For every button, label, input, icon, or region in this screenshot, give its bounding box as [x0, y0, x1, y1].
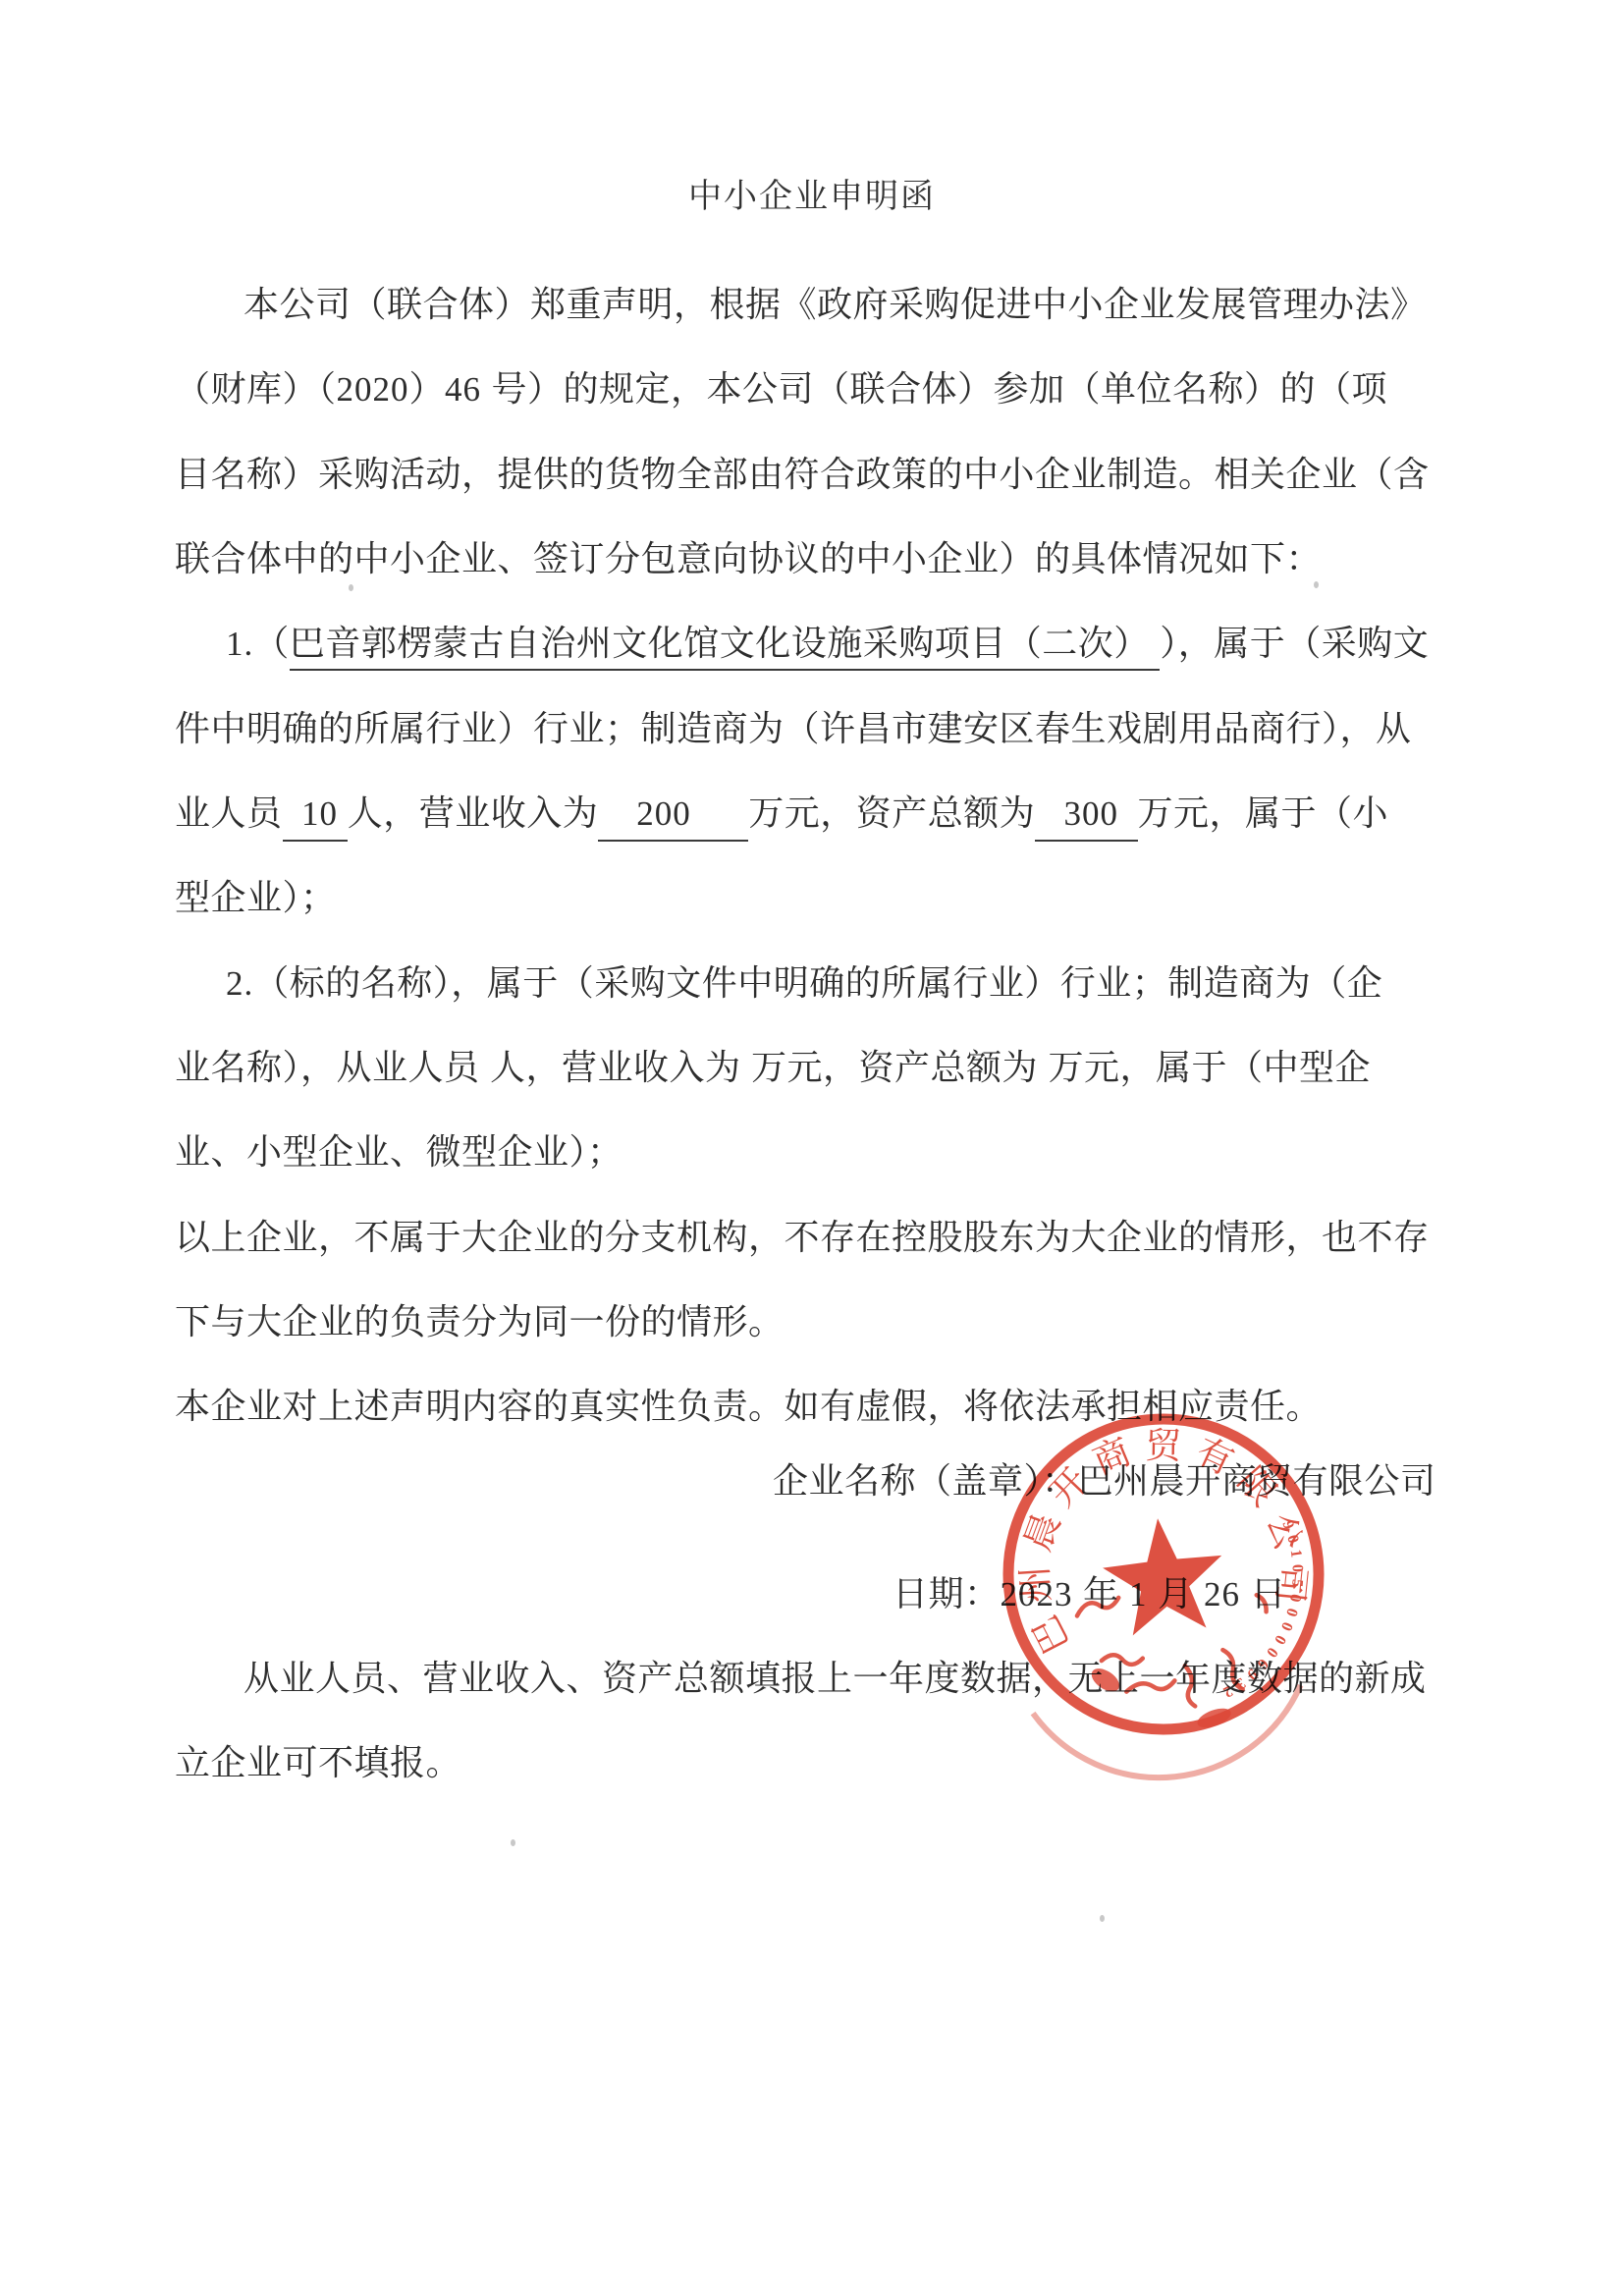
- declaration-line-2: （财库）（2020）46 号）的规定，本公司（联合体）参加（单位名称）的（项: [175, 367, 1387, 411]
- scan-speck: [1100, 1915, 1105, 1922]
- text-segment: 业名称），从业人员 人，营业收入为 万元，资产总额为 万元，属于（中型企: [175, 1046, 1371, 1089]
- stamp-ink-blob: [1088, 1664, 1124, 1696]
- item2-line-1: 2.（标的名称），属于（采购文件中明确的所属行业）行业；制造商为（企: [226, 961, 1382, 1006]
- text-segment: 立企业可不填报。: [175, 1741, 461, 1784]
- text-segment: ），属于（采购文: [1160, 622, 1429, 665]
- assurance-line-1: 以上企业，不属于大企业的分支机构，不存在控股股东为大企业的情形，也不存: [175, 1216, 1430, 1259]
- item2-line-3: 业、小型企业、微型企业）；: [175, 1130, 623, 1174]
- stamp-star-icon: [1098, 1512, 1228, 1638]
- text-segment: 业、小型企业、微型企业）；: [175, 1130, 623, 1174]
- item1-line-4: 型企业）；: [175, 876, 337, 919]
- item2-line-2: 业名称），从业人员 人，营业收入为 万元，资产总额为 万元，属于（中型企: [175, 1046, 1371, 1089]
- scan-speck: [511, 1839, 515, 1846]
- item1-line-2: 件中明确的所属行业）行业；制造商为（许昌市建安区春生戏剧用品商行），从: [175, 707, 1412, 750]
- text-segment: 件中明确的所属行业）行业；制造商为（许昌市建安区春生戏剧用品商行），从: [175, 707, 1412, 750]
- text-segment: 下与大企业的负责分为同一份的情形。: [175, 1300, 785, 1343]
- text-segment: 人，营业收入为: [348, 792, 599, 835]
- filled-blank-value: 巴音郭楞蒙古自治州文化馆文化设施采购项目（二次）: [290, 622, 1161, 671]
- text-segment: 2.: [226, 962, 253, 1006]
- text-segment: （标的名称），属于（采购文件中明确的所属行业）行业；制造商为（企: [253, 961, 1382, 1005]
- scan-speck: [349, 584, 353, 591]
- item1-line-3: 业人员 10 人，营业收入为 200 万元，资产总额为 300 万元，属于（小: [175, 792, 1388, 842]
- filled-blank-value: 10: [283, 793, 348, 842]
- scan-speck: [1314, 581, 1319, 588]
- company-seal-stamp: 巴州晨开商贸有限公司 90105000006932: [967, 1373, 1370, 1805]
- filled-blank-value: 300: [1035, 793, 1137, 842]
- text-segment: 以上企业，不属于大企业的分支机构，不存在控股股东为大企业的情形，也不存: [175, 1216, 1430, 1259]
- text-segment: （: [253, 622, 290, 665]
- filled-blank-value: 200: [598, 793, 748, 842]
- declaration-line-4: 联合体中的中小企业、签订分包意向协议的中小企业）的具体情况如下：: [175, 537, 1322, 580]
- text-segment: 型企业）；: [175, 876, 337, 919]
- document-title: 中小企业申明函: [0, 169, 1624, 217]
- text-segment: 46: [445, 368, 481, 411]
- assurance-line-2: 下与大企业的负责分为同一份的情形。: [175, 1300, 785, 1343]
- text-segment: 号）的规定，本公司（联合体）参加（单位名称）的（项: [481, 367, 1387, 410]
- note-line-2: 立企业可不填报。: [175, 1741, 461, 1784]
- document-page: 中小企业申明函 本公司（联合体）郑重声明，根据《政府采购促进中小企业发展管理办法…: [0, 0, 1624, 2296]
- text-segment: （财库）（: [175, 367, 337, 410]
- text-segment: 本公司（联合体）郑重声明，根据《政府采购促进中小企业发展管理办法》: [244, 283, 1427, 326]
- declaration-line-3: 目名称）采购活动，提供的货物全部由符合政策的中小企业制造。相关企业（含: [175, 453, 1430, 496]
- text-segment: 2020: [337, 368, 409, 411]
- text-segment: 万元，属于（小: [1138, 792, 1389, 835]
- text-segment: 联合体中的中小企业、签订分包意向协议的中小企业）的具体情况如下：: [175, 537, 1322, 580]
- text-segment: ）: [409, 367, 446, 410]
- item1-line-1: 1.（巴音郭楞蒙古自治州文化馆文化设施采购项目（二次） ），属于（采购文: [226, 622, 1429, 671]
- declaration-line-1: 本公司（联合体）郑重声明，根据《政府采购促进中小企业发展管理办法》: [244, 283, 1427, 326]
- text-segment: 1.: [226, 623, 253, 666]
- text-segment: 业人员: [175, 792, 283, 835]
- text-segment: 万元，资产总额为: [748, 792, 1035, 835]
- text-segment: 目名称）采购活动，提供的货物全部由符合政策的中小企业制造。相关企业（含: [175, 453, 1430, 496]
